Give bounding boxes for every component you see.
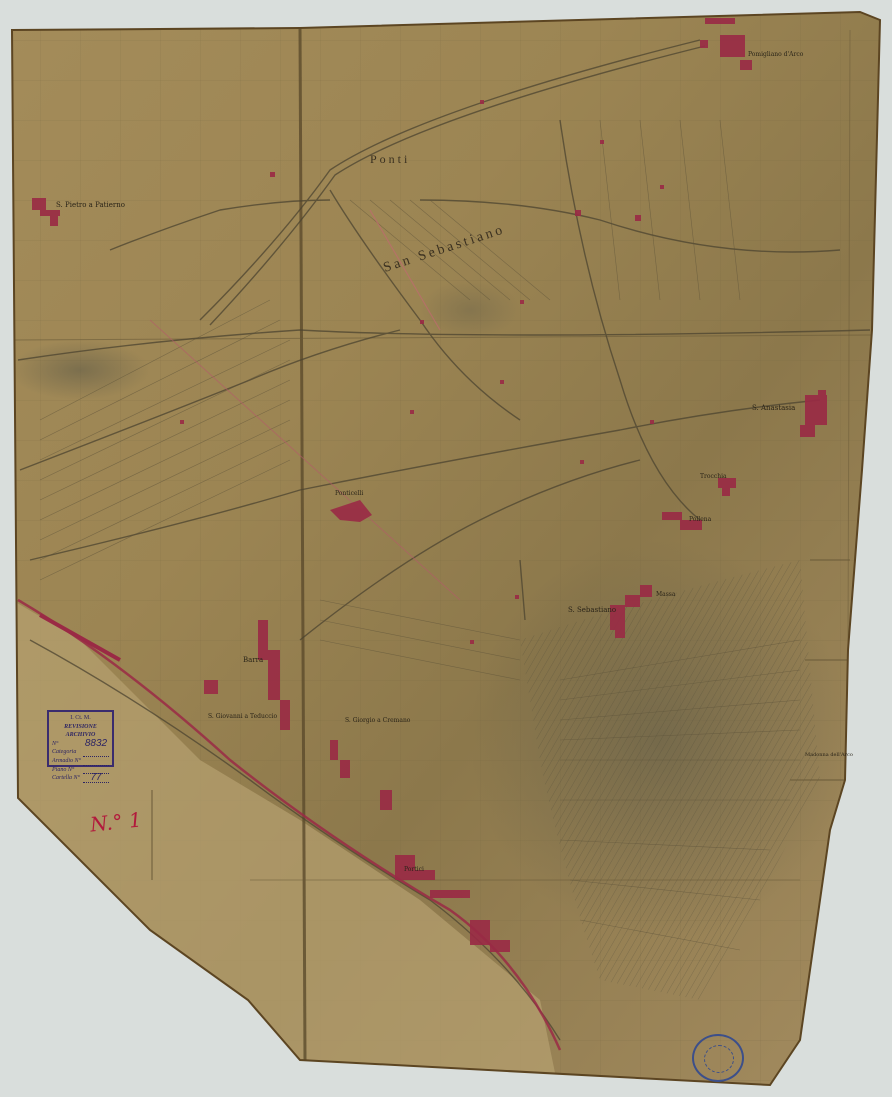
stamp-armadio-label: Armadio N° [52,757,81,766]
seal-emblem-icon [704,1045,734,1073]
label-ponticelli: Ponticelli [335,490,363,497]
label-s-anastasia: S. Anastasia [752,404,795,412]
stamp-row-cartella: Cartella N° 77 [52,774,109,783]
stamp-category-value: 8832 [83,740,109,757]
label-s-sebastiano: S. Sebastiano [568,606,616,614]
stamp-piano-label: Piano N° [52,766,74,775]
label-pomigliano: Pomigliano d'Arco [748,51,804,58]
stamp-line1: I. Ct. M. [52,714,109,723]
label-portici: Portici [404,866,424,873]
label-trocchia: Trocchia [700,473,727,480]
stamp-cartella-value: 77 [83,774,109,783]
label-s-giovanni: S. Giovanni a Teduccio [208,713,277,720]
settlement-s-giovanni [204,680,218,694]
archive-stamp: I. Ct. M. REVISIONE ARCHIVIO N° Categori… [47,710,114,767]
label-s-giorgio: S. Giorgio a Cremano [345,717,411,724]
label-ponti: Ponti [370,152,410,166]
label-massa: Massa [656,591,676,598]
stamp-armadio-value [83,757,109,766]
label-pollena: Pollena [689,516,712,523]
stamp-category-label: N° Categoria [52,740,83,757]
label-madonna-arco: Madonna dell'Arco [805,752,853,758]
label-s-pietro: S. Pietro a Patierno [56,201,125,209]
stamp-cartella-label: Cartella N° [52,774,80,783]
historical-map: Pomigliano d'Arco S. Pietro a Patierno P… [0,0,892,1097]
stamp-row-armadio: Armadio N° [52,757,109,766]
round-seal-stamp [692,1034,744,1082]
label-barra: Barra [243,656,263,664]
stamp-row-category: N° Categoria 8832 [52,740,109,757]
